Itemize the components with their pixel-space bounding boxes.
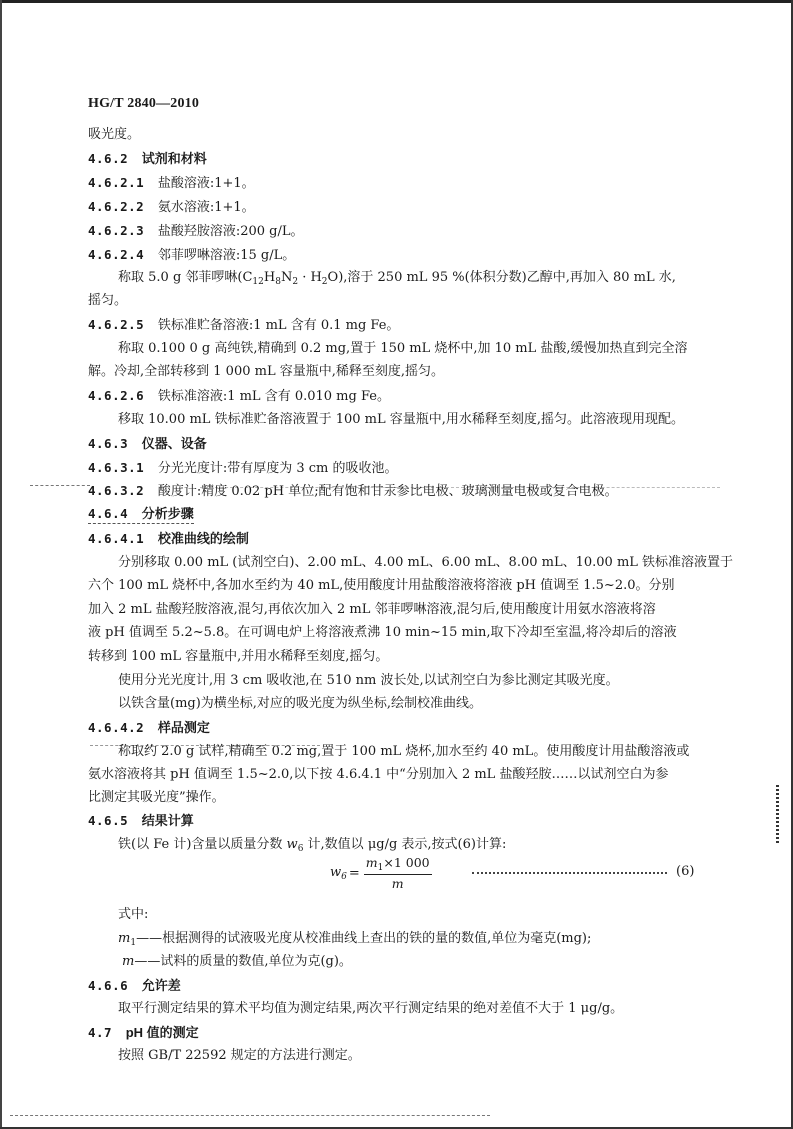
section-4-6-4-2: 4.6.4.2 样品测定 <box>88 719 210 737</box>
scan-border-left <box>0 0 2 1129</box>
paragraph-line: 称取约 2.0 g 试样,精确至 0.2 mg,置于 100 mL 烧杯,加水至… <box>118 743 689 761</box>
section-4-6-5: 4.6.5 结果计算 <box>88 812 194 830</box>
section-4-6-3-1: 4.6.3.1 分光光度计:带有厚度为 3 cm 的吸收池。 <box>88 459 397 478</box>
leader-dots <box>472 872 667 874</box>
paragraph-line: 转移到 100 mL 容量瓶中,并用水稀释至刻度,摇匀。 <box>88 648 388 666</box>
standard-code-header: HG/T 2840—2010 <box>88 94 199 112</box>
definition-m1: m1——根据测得的试液吸光度从校准曲线上查出的铁的量的数值,单位为毫克(mg); <box>118 930 591 952</box>
section-number: 4.6.5 <box>88 813 128 828</box>
formula-6: w6 = m1×1 000 m <box>330 855 436 891</box>
fraction: m1×1 000 m <box>364 855 432 891</box>
paragraph-line: 加入 2 mL 盐酸羟胺溶液,混匀,再依次加入 2 mL 邻菲啰啉溶液,混匀后,… <box>88 601 656 619</box>
section-number: 4.6.2.3 <box>88 223 144 238</box>
paragraph-line: 氨水溶液将其 pH 值调至 1.5~2.0,以下按 4.6.4.1 中“分别加入… <box>88 766 668 784</box>
where-label: 式中: <box>118 906 148 924</box>
section-number: 4.6.4.2 <box>88 720 144 735</box>
definition-m: m——试料的质量的数值,单位为克(g)。 <box>122 953 352 971</box>
section-4-6-4: 4.6.4 分析步骤 <box>88 505 194 524</box>
section-4-6-2-5: 4.6.2.5 铁标准贮备溶液:1 mL 含有 0.1 mg Fe。 <box>88 316 399 335</box>
section-4-6-2-2: 4.6.2.2 氨水溶液:1+1。 <box>88 198 255 217</box>
section-number: 4.6.4 <box>88 506 128 521</box>
equals-sign: = <box>349 866 360 881</box>
paragraph-line: 液 pH 值调至 5.2~5.8。在可调电炉上将溶液煮沸 10 min~15 m… <box>88 624 677 642</box>
paragraph-line: 移取 10.00 mL 铁标准贮备溶液置于 100 mL 容量瓶中,用水稀释至刻… <box>118 411 684 429</box>
numerator: m1×1 000 <box>364 855 432 875</box>
paragraph-line: 六个 100 mL 烧杯中,各加水至约为 40 mL,使用酸度计用盐酸溶液将溶液… <box>88 577 675 595</box>
paragraph-line: 以铁含量(mg)为横坐标,对应的吸光度为纵坐标,绘制校准曲线。 <box>118 695 482 713</box>
section-title: 校准曲线的绘制 <box>158 531 249 546</box>
scan-artifact-dash <box>10 1115 490 1117</box>
section-4-6-2-6: 4.6.2.6 铁标准溶液:1 mL 含有 0.010 mg Fe。 <box>88 387 390 406</box>
paragraph-line: 解。冷却,全部转移到 1 000 mL 容量瓶中,稀释至刻度,摇匀。 <box>88 363 444 381</box>
section-number: 4.6.6 <box>88 978 128 993</box>
section-number: 4.6.2.5 <box>88 317 144 332</box>
section-title: 分析步骤 <box>142 506 194 521</box>
paragraph-line: 铁(以 Fe 计)含量以质量分数 w6 计,数值以 μg/g 表示,按式(6)计… <box>118 836 506 858</box>
section-title: pH 值的测定 <box>126 1025 199 1040</box>
paragraph-line: 取平行测定结果的算术平均值为测定结果,两次平行测定结果的绝对差值不大于 1 μg… <box>118 1000 623 1018</box>
section-title: 结果计算 <box>142 813 194 828</box>
paragraph-line: 比测定其吸光度”操作。 <box>88 789 225 807</box>
section-number: 4.6.2 <box>88 151 128 166</box>
paragraph-line: 分别移取 0.00 mL (试剂空白)、2.00 mL、4.00 mL、6.00… <box>118 554 733 572</box>
scan-artifact-streak <box>776 785 779 845</box>
section-text: 盐酸溶液:1+1。 <box>158 176 255 191</box>
section-text: 铁标准溶液:1 mL 含有 0.010 mg Fe。 <box>158 389 390 404</box>
paragraph-phenanthroline-prep: 称取 5.0 g 邻菲啰啉(C12H8N2 · H2O),溶于 250 mL 9… <box>118 269 676 291</box>
paragraph-line: 按照 GB/T 22592 规定的方法进行测定。 <box>118 1047 361 1065</box>
section-4-6-3-2: 4.6.3.2 酸度计:精度 0.02 pH 单位;配有饱和甘汞参比电极、玻璃测… <box>88 482 618 501</box>
section-text: 分光光度计:带有厚度为 3 cm 的吸收池。 <box>158 461 398 476</box>
denominator: m <box>392 875 404 891</box>
section-number: 4.6.2.4 <box>88 247 144 262</box>
section-number: 4.6.2.2 <box>88 199 144 214</box>
section-number: 4.6.2.1 <box>88 175 144 190</box>
section-text: 盐酸羟胺溶液:200 g/L。 <box>158 224 304 239</box>
section-text: 酸度计:精度 0.02 pH 单位;配有饱和甘汞参比电极、玻璃测量电极或复合电极… <box>158 484 618 499</box>
section-number: 4.6.3 <box>88 436 128 451</box>
section-text: 铁标准贮备溶液:1 mL 含有 0.1 mg Fe。 <box>158 318 400 333</box>
section-number: 4.6.3.1 <box>88 460 144 475</box>
section-4-6-2-4: 4.6.2.4 邻菲啰啉溶液:15 g/L。 <box>88 246 295 265</box>
section-title: 仪器、设备 <box>142 436 207 451</box>
equation-number: (6) <box>676 864 694 879</box>
section-title: 允许差 <box>142 978 181 993</box>
section-title: 样品测定 <box>158 720 210 735</box>
section-number: 4.6.2.6 <box>88 388 144 403</box>
scan-border-top <box>0 0 793 3</box>
standard-code: HG/T 2840—2010 <box>88 96 199 111</box>
section-title: 试剂和材料 <box>142 151 207 166</box>
section-4-6-6: 4.6.6 允许差 <box>88 977 181 995</box>
paragraph-line: 摇匀。 <box>88 292 127 310</box>
section-4-6-2-3: 4.6.2.3 盐酸羟胺溶液:200 g/L。 <box>88 222 303 241</box>
section-4-6-3: 4.6.3 仪器、设备 <box>88 435 207 453</box>
section-number: 4.6.4.1 <box>88 531 144 546</box>
paragraph-line: 使用分光光度计,用 3 cm 吸收池,在 510 nm 波长处,以试剂空白为参比… <box>118 672 619 690</box>
section-text: 氨水溶液:1+1。 <box>158 200 255 215</box>
section-4-6-2: 4.6.2 试剂和材料 <box>88 150 207 168</box>
scan-artifact-dash <box>30 485 90 487</box>
section-text: 邻菲啰啉溶液:15 g/L。 <box>158 248 295 263</box>
section-number: 4.6.3.2 <box>88 483 144 498</box>
section-4-6-2-1: 4.6.2.1 盐酸溶液:1+1。 <box>88 174 255 193</box>
paragraph-line: 称取 0.100 0 g 高纯铁,精确到 0.2 mg,置于 150 mL 烧杯… <box>118 340 688 358</box>
formula-lhs: w6 <box>330 865 347 882</box>
section-4-6-4-1: 4.6.4.1 校准曲线的绘制 <box>88 530 249 548</box>
section-4-7: 4.7 pH 值的测定 <box>88 1024 199 1042</box>
paragraph-continuation: 吸光度。 <box>88 126 140 144</box>
section-number: 4.7 <box>88 1025 112 1040</box>
